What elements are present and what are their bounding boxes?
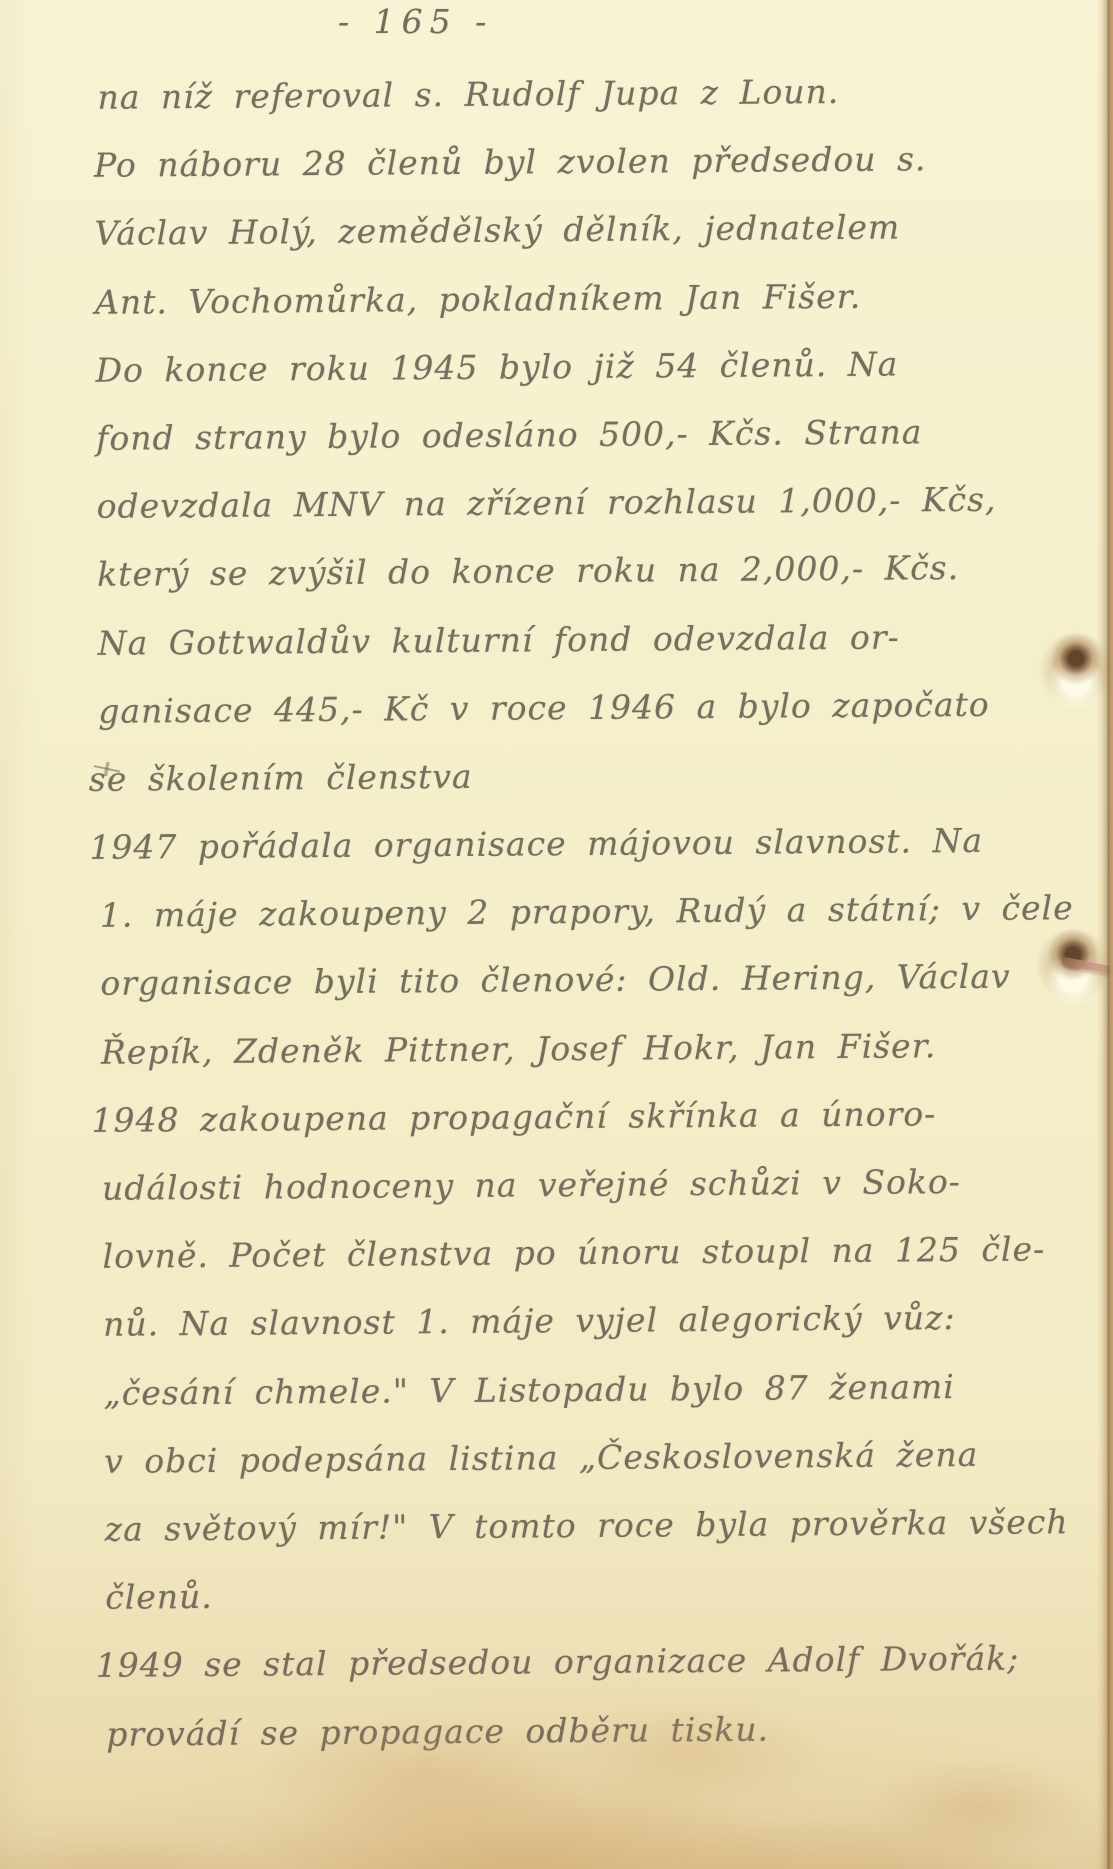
handwritten-line: v obci podepsána listina „Československá… (104, 1434, 1067, 1510)
handwritten-line: „česání chmele." V Listopadu bylo 87 žen… (103, 1366, 1066, 1442)
handwritten-line: fond strany bylo odesláno 500,- Kčs. Str… (96, 411, 1059, 487)
handwritten-line: členů. (105, 1570, 1068, 1646)
handwritten-line: odevzdala MNV na zřízení rozhlasu 1,000,… (97, 479, 1060, 555)
page-number: - 165 - (338, 2, 493, 41)
handwritten-line: na níž referoval s. Rudolf Jupa z Loun. (97, 70, 1056, 146)
page-edge-right (1097, 0, 1113, 1869)
handwritten-line: který se zvýšil do konce roku na 2,000,-… (97, 548, 1060, 624)
handwritten-line: Do konce roku 1945 bylo již 54 členů. Na (95, 343, 1058, 419)
handwritten-line: Po náboru 28 členů byl zvolen předsedou … (94, 138, 1057, 214)
handwritten-line: 1947 pořádala organisace májovou slavnos… (89, 820, 1062, 896)
handwritten-line: Ant. Vochomůrka, pokladníkem Jan Fišer. (95, 275, 1058, 351)
manuscript-page: - 165 - na níž referoval s. Rudolf Jupa … (0, 0, 1113, 1869)
handwritten-line: organisace byli tito členové: Old. Herin… (100, 957, 1063, 1033)
handwritten-line: Na Gottwaldův kulturní fond odevzdala or… (98, 616, 1061, 692)
age-stain-bottom (0, 1659, 1113, 1869)
handwritten-text-block: na níž referoval s. Rudolf Jupa z Loun. … (93, 70, 1068, 1782)
handwritten-line: lovně. Počet členstva po únoru stoupl na… (102, 1229, 1065, 1305)
handwritten-line: Řepík, Zdeněk Pittner, Josef Hokr, Jan F… (101, 1025, 1064, 1101)
handwritten-line: nů. Na slavnost 1. máje vyjel alegorický… (103, 1298, 1066, 1374)
handwritten-line: za světový mír!" V tomto roce byla prově… (105, 1502, 1068, 1578)
handwritten-line: 1948 zakoupena propagační skřínka a únor… (91, 1093, 1064, 1169)
crossed-out-mark (94, 762, 120, 776)
handwritten-line: se školením členstva (89, 752, 1062, 828)
handwritten-line: události hodnoceny na veřejné schůzi v S… (102, 1161, 1065, 1237)
handwritten-line: Václav Holý, zemědělský dělník, jednatel… (94, 207, 1057, 283)
handwritten-line: 1. máje zakoupeny 2 prapory, Rudý a stát… (100, 888, 1063, 964)
handwritten-line: ganisace 445,- Kč v roce 1946 a bylo zap… (98, 684, 1061, 760)
